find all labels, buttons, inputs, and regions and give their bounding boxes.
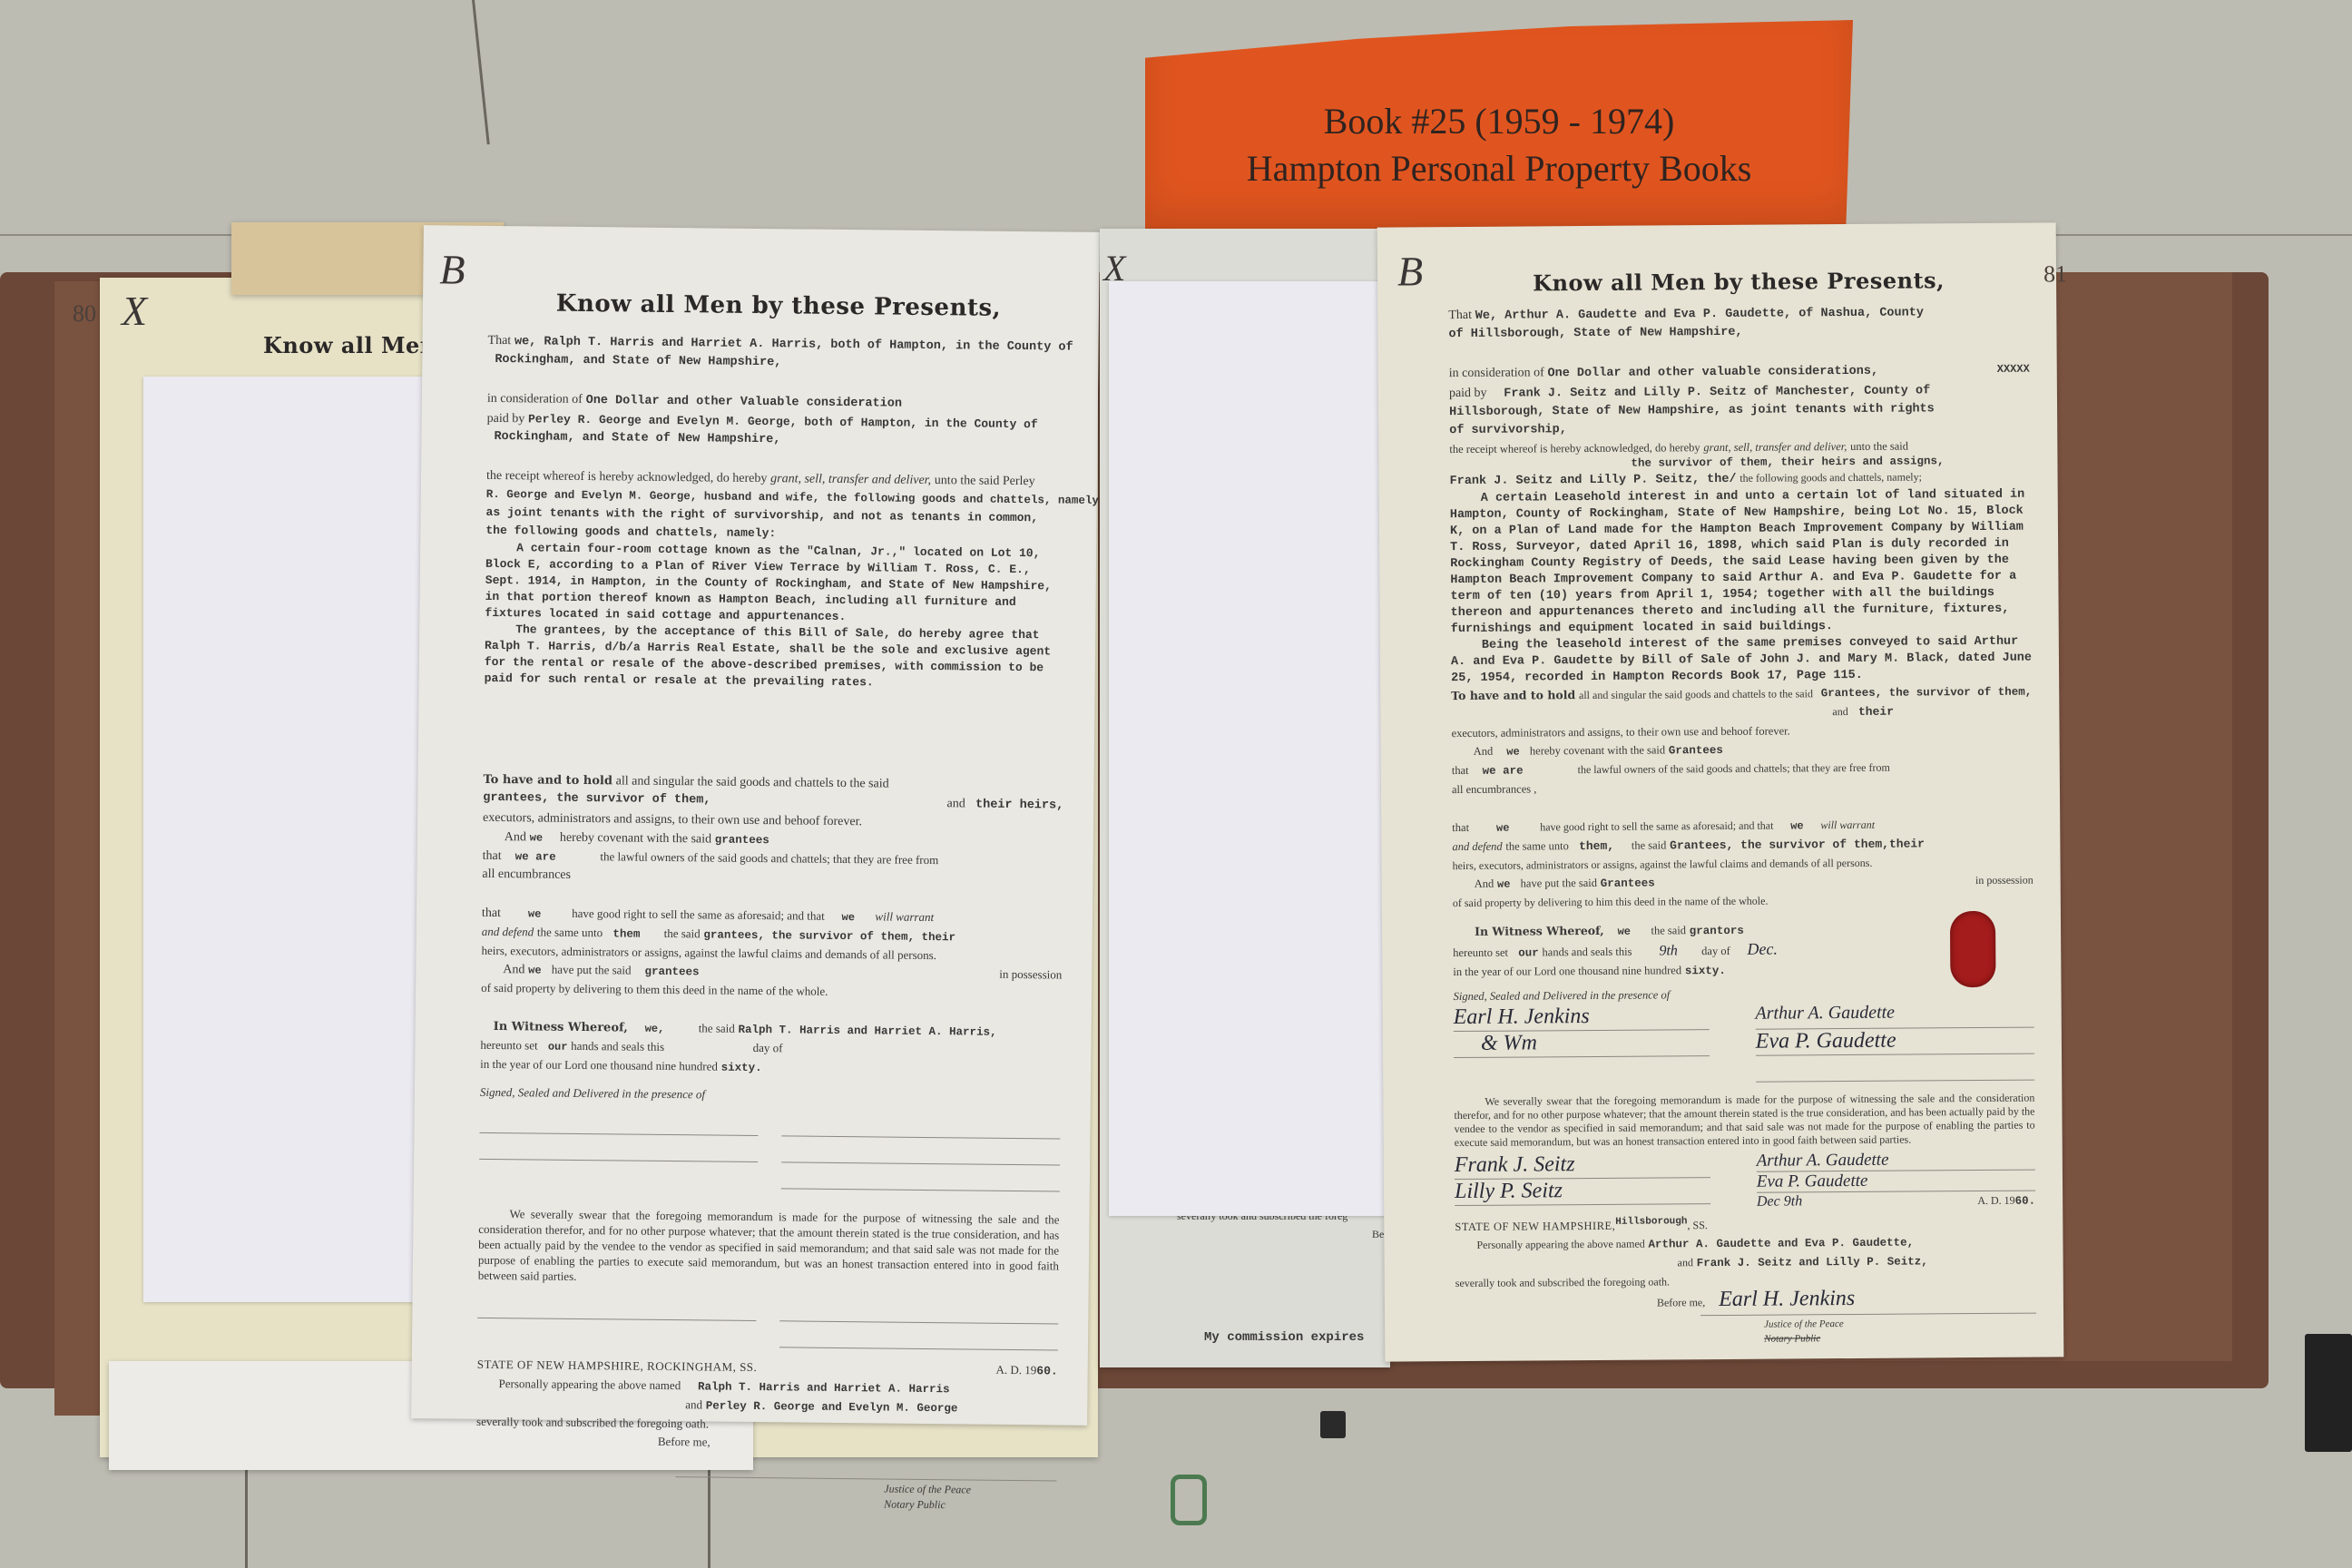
oath-date: Dec 9th: [1757, 1192, 1802, 1211]
witness-signature-line[interactable]: & Wm: [1454, 1030, 1710, 1058]
signed-sealed: Signed, Sealed and Delivered in the pres…: [480, 1083, 1061, 1108]
appearing-party-2: Perley R. George and Evelyn M. George: [706, 1399, 958, 1415]
owners-text: the lawful owners of the said goods and …: [1578, 761, 1890, 776]
we-are: we are: [515, 850, 556, 863]
commission-expires: My commission expires: [1204, 1328, 1364, 1347]
in-possession: in possession: [999, 965, 1062, 985]
hereunto-text: hereunto set: [480, 1038, 537, 1053]
year-value: sixty.: [721, 1062, 762, 1074]
grantor-signature-line[interactable]: [1756, 1054, 2034, 1083]
grantor-signature-2: Eva P. Gaudette: [1756, 1029, 1896, 1053]
appearing-party-2: Frank J. Seitz and Lilly P. Seitz,: [1697, 1255, 1928, 1269]
appearing-and: and: [1678, 1256, 1693, 1269]
covenant-text: hereby covenant with the said: [1530, 743, 1665, 757]
grantor-signature-line[interactable]: Eva P. Gaudette: [1756, 1028, 2034, 1056]
deed-body: Know all Men by these Presents, That we,…: [475, 289, 1069, 1513]
and-label: And: [483, 830, 526, 845]
oath-text: We severally swear that the foregoing me…: [478, 1206, 1060, 1289]
year-text: in the year of our Lord one thousand nin…: [480, 1057, 718, 1073]
month-value: Dec.: [1747, 940, 1778, 958]
witness-said: the said: [1651, 924, 1686, 936]
oath-text: We severally swear that the foregoing me…: [1454, 1092, 2034, 1150]
description-2: The grantees, by the acceptance of this …: [485, 622, 1066, 693]
and-label: And: [1453, 877, 1494, 890]
the-said: the said: [1632, 838, 1667, 851]
defend-party: Grantees, the survivor of them,their: [1670, 837, 1925, 852]
witness-signature-line[interactable]: [479, 1133, 758, 1162]
blank-slip: [1109, 281, 1386, 1216]
we: we: [1506, 746, 1520, 759]
receipt-suffix: unto the said Perley: [935, 474, 1035, 488]
receipt-italic: grant, sell, transfer and deliver,: [770, 472, 931, 487]
ad-year: 60.: [2015, 1195, 2036, 1208]
we: we: [1496, 822, 1510, 835]
consideration-value: One Dollar and other valuable considerat…: [1547, 365, 1878, 381]
will-warrant: will warrant: [1820, 818, 1875, 831]
grantee-line-1: Frank J. Seitz and Lilly P. Seitz, the/: [1450, 473, 1737, 488]
oath-signature-4: Eva P. Gaudette: [1757, 1171, 1868, 1191]
witness-signature-line[interactable]: Earl H. Jenkins: [1454, 1004, 1710, 1032]
wax-seal: [1950, 911, 1996, 987]
and-label: And: [481, 963, 524, 977]
we-are: we are: [1483, 765, 1524, 778]
dollars-struck: XXXXX: [1997, 360, 2030, 380]
oath-signature-1: Frank J. Seitz: [1455, 1152, 1575, 1177]
we: we: [1497, 878, 1511, 891]
state-text: STATE OF NEW HAMPSHIRE,: [1455, 1220, 1615, 1233]
habendum-grantees: grantees, the survivor of them,: [483, 789, 710, 812]
paid-by: Perley R. George and Evelyn M. George, b…: [528, 412, 1038, 431]
our: our: [1518, 946, 1539, 959]
witness-party: grantors: [1690, 925, 1744, 937]
witness-said: the said: [699, 1021, 735, 1034]
ad-year: 60.: [1036, 1364, 1058, 1377]
that-label-3: that: [1452, 821, 1469, 834]
deed-body: Know all Men by these Presents, That We,…: [1448, 267, 2036, 1347]
we: we: [528, 907, 542, 920]
ad-label: A. D. 19: [1977, 1194, 2014, 1207]
hands-seals: hands and seals this: [571, 1039, 664, 1053]
grantor-signature-1: Arthur A. Gaudette: [1755, 1003, 1895, 1024]
green-clip: [1171, 1475, 1207, 1525]
defend-party: grantees, the survivor of them, their: [703, 928, 955, 944]
put-text: have put the said: [552, 963, 632, 977]
receipt-prefix: the receipt whereof is hereby acknowledg…: [1449, 441, 1700, 456]
personally-text: Personally appearing the above named: [476, 1377, 681, 1392]
oath-signature-line[interactable]: [477, 1292, 756, 1321]
oath-signature-line[interactable]: Arthur A. Gaudette: [1757, 1150, 2035, 1172]
good-right-text: have good right to sell the same as afor…: [1540, 819, 1773, 834]
defend-label: and defend: [482, 925, 534, 939]
oath-signature-3: Arthur A. Gaudette: [1757, 1151, 1889, 1171]
mark-b: B: [1397, 247, 1423, 295]
appearing-and: and: [685, 1397, 702, 1411]
habendum-heirs: their heirs,: [975, 799, 1063, 813]
grantors: We, Arthur A. Gaudette and Eva P. Gaudet…: [1475, 306, 1924, 322]
consideration-label: in consideration of: [487, 392, 583, 407]
them: them: [612, 927, 640, 940]
description-2: Being the leasehold interest of the same…: [1451, 634, 2032, 687]
blank-slip: [143, 377, 443, 1302]
consideration-value: One Dollar and other Valuable considerat…: [586, 394, 902, 411]
deed-gaudette-seitz: B Know all Men by these Presents, That W…: [1377, 222, 2064, 1361]
check-mark: X: [122, 287, 147, 335]
possession-party: Grantees: [1601, 877, 1655, 890]
in-possession: in possession: [1975, 871, 2033, 890]
that-label: That: [487, 334, 511, 348]
year-value: sixty.: [1685, 965, 1726, 977]
oath-signature-line[interactable]: [779, 1321, 1058, 1350]
we: we: [841, 911, 855, 924]
oath-signature-line[interactable]: Lilly P. Seitz: [1455, 1178, 1710, 1206]
that-label: That: [1448, 309, 1472, 322]
oath-signature-2: Lilly P. Seitz: [1455, 1179, 1563, 1203]
binder-clip: [2305, 1334, 2352, 1452]
grantor-signature-line[interactable]: Arthur A. Gaudette: [1755, 1002, 2033, 1030]
personally-text: Personally appearing the above named: [1455, 1238, 1644, 1251]
oath-signature-line[interactable]: Frank J. Seitz: [1455, 1151, 1710, 1180]
same-unto: the same unto: [537, 925, 603, 939]
grantor-signature-line[interactable]: [781, 1110, 1060, 1139]
that-label-2: that: [1452, 764, 1469, 777]
county-inserted: Hillsborough: [1615, 1216, 1687, 1228]
and-label: And: [1452, 745, 1494, 758]
we: we: [528, 964, 542, 976]
witness-signature-2: & Wm: [1454, 1031, 1537, 1055]
habendum-label: To have and to hold: [1451, 688, 1575, 702]
witness-label: In Witness Whereof,: [1453, 924, 1604, 938]
habendum-grantees: Grantees, the survivor of them,: [1821, 683, 2033, 703]
deed-heading: Know all Men by these Presents,: [1448, 267, 2029, 297]
ss: , SS.: [1687, 1219, 1707, 1231]
before-me: Before me,: [1455, 1296, 1705, 1310]
witness-signature-1: Earl H. Jenkins: [1454, 1004, 1590, 1029]
habendum-and: and: [1832, 705, 1847, 718]
habendum-label: To have and to hold: [483, 773, 612, 788]
paid-by: Frank J. Seitz and Lilly P. Seitz of Man…: [1504, 384, 1930, 400]
paid-by-label: paid by: [487, 412, 525, 426]
binder-clip: [1320, 1411, 1346, 1438]
mark-b: B: [439, 245, 465, 293]
covenant-text: hereby covenant with the said: [560, 831, 711, 847]
covenant-party: grantees: [715, 834, 769, 848]
grantor-signature-line[interactable]: [781, 1136, 1060, 1165]
grantee-following: the following goods and chattels, namely…: [1739, 470, 1922, 484]
that-label-3: that: [482, 906, 501, 920]
defend-label: and defend: [1452, 840, 1502, 853]
deed-heading: Know all Men by these Presents,: [488, 289, 1069, 323]
habendum-heirs: their: [1858, 705, 1894, 719]
consideration-label: in consideration of: [1449, 366, 1544, 380]
good-right-text: have good right to sell the same as afor…: [572, 906, 825, 923]
grantor-signature-line[interactable]: [781, 1162, 1060, 1191]
year-text: in the year of our Lord one thousand nin…: [1453, 964, 1681, 978]
appearing-party-1: Arthur A. Gaudette and Eva P. Gaudette,: [1648, 1237, 1914, 1251]
description-1: A certain four-room cottage known as the…: [485, 540, 1066, 628]
ad-label: A. D. 19: [995, 1363, 1036, 1377]
wall-seam: [472, 0, 490, 144]
appearing-party-1: Ralph T. Harris and Harriet A. Harris: [698, 1380, 950, 1396]
witness-we: we,: [645, 1023, 665, 1035]
notary-signature-line[interactable]: [675, 1451, 1056, 1481]
page-number: 81: [2043, 260, 2067, 288]
underlying-heading: Know all Men: [263, 332, 436, 358]
habendum-text: all and singular the said goods and chat…: [1579, 687, 1813, 701]
owners-text: the lawful owners of the said goods and …: [600, 849, 938, 867]
day-of: day of: [1701, 945, 1730, 957]
we: we: [1790, 819, 1804, 832]
receipt-italic: grant, sell, transfer and deliver,: [1703, 440, 1847, 454]
witness-we: we: [1618, 926, 1632, 938]
we: we: [530, 831, 544, 844]
will-warrant: will warrant: [875, 909, 934, 924]
oath-signature-line[interactable]: [779, 1295, 1058, 1324]
page-number: 80: [73, 300, 96, 328]
the-said: the said: [664, 926, 701, 940]
receipt-prefix: the receipt whereof is hereby acknowledg…: [486, 469, 768, 485]
paid-by-label: paid by: [1449, 387, 1487, 400]
hereunto-text: hereunto set: [1453, 946, 1508, 959]
them: them,: [1579, 839, 1614, 853]
day-of: day of: [753, 1041, 783, 1054]
that-label-2: that: [483, 849, 502, 863]
our: our: [548, 1041, 568, 1053]
deed-harris-george: B Know all Men by these Presents, That w…: [411, 225, 1100, 1426]
same-unto: the same unto: [1505, 839, 1569, 852]
oath-signature-line[interactable]: Eva P. Gaudette: [1757, 1171, 2035, 1193]
covenant-party: Grantees: [1669, 744, 1723, 757]
witness-party: Ralph T. Harris and Harriet A. Harris,: [738, 1024, 996, 1039]
hands-seals: hands and seals this: [1542, 946, 1632, 959]
habendum-text: all and singular the said goods and chat…: [616, 774, 889, 790]
possession-party: grantees: [644, 965, 699, 979]
book-title: Hampton Personal Property Books: [1145, 147, 1853, 190]
habendum-and: and: [946, 797, 965, 810]
witness-signature-line[interactable]: [479, 1107, 758, 1136]
witness-label: In Witness Whereof,: [481, 1020, 628, 1035]
before-fragment: Be: [1372, 1225, 1384, 1243]
description-1: A certain Leasehold interest in and unto…: [1450, 487, 2032, 638]
day-value: 9th: [1659, 943, 1678, 958]
receipt-suffix: unto the said: [1850, 440, 1908, 453]
put-text: have put the said: [1521, 877, 1597, 890]
book-label: Book #25 (1959 - 1974) Hampton Personal …: [1145, 20, 1853, 230]
book-number: Book #25 (1959 - 1974): [1145, 100, 1853, 142]
notary-signature: Earl H. Jenkins: [1719, 1287, 1855, 1311]
